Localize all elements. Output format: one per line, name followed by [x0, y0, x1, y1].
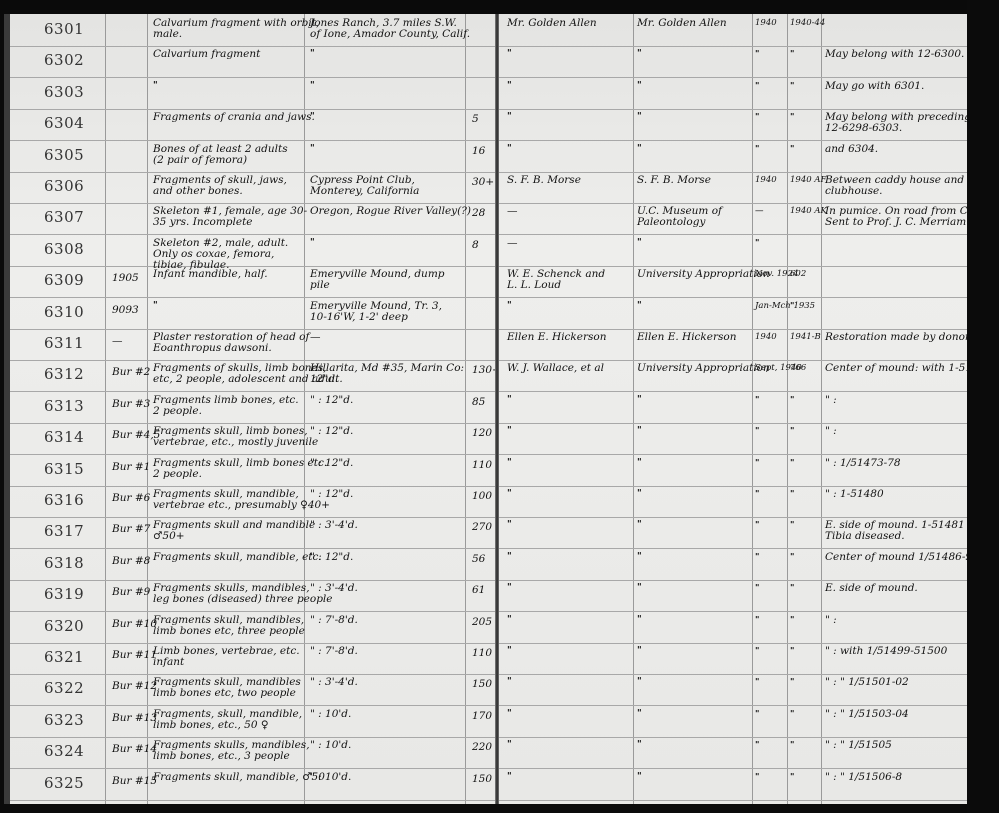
collector: W. J. Wallace, et al — [507, 363, 604, 374]
catalog-number: 6307 — [44, 208, 84, 226]
specimen-count: 16 — [472, 146, 485, 157]
ledger-row: " " " " " : " 1/51506-8 — [499, 770, 967, 801]
year: " — [755, 459, 759, 468]
ledger-row: 6302 Calvarium fragment " — [10, 47, 503, 78]
specimen-count: 8 — [472, 240, 479, 251]
donor: " — [637, 552, 642, 563]
ledger-row: " " " " " : " 1/51503-04 — [499, 707, 967, 738]
specimen-count: 120 — [472, 428, 492, 439]
accession-number: Bur #1 — [112, 462, 150, 473]
accession: 1940 AF — [790, 176, 826, 185]
locality: " : 12"d. — [310, 426, 353, 437]
accession: " — [790, 616, 794, 625]
ledger-row: " " " " " : — [499, 424, 967, 455]
collector: " — [507, 489, 512, 500]
ledger-row: " " " " " : — [499, 613, 967, 644]
accession: " — [790, 459, 794, 468]
remarks: May belong with 12-6300. — [825, 49, 964, 60]
remarks: " : " 1/51503-04 — [825, 709, 909, 720]
locality: Hillarita, Md #35, Marin Co:12"d. — [310, 363, 464, 385]
remarks: " : " 1/51506-8 — [825, 772, 902, 783]
accession-number: Bur #14 — [112, 744, 157, 755]
donor: University Appropriation — [637, 269, 770, 280]
specimen-description: Skeleton #2, male, adult.Only os coxae, … — [153, 238, 288, 271]
specimen-count: 170 — [472, 711, 492, 722]
donor: Ellen E. Hickerson — [637, 332, 737, 343]
ledger-row: S. F. B. Morse S. F. B. Morse 1940 1940 … — [499, 173, 967, 204]
remarks: " : — [825, 426, 837, 437]
collector: " — [507, 709, 512, 720]
accession: " — [790, 427, 794, 436]
ledger-row: 6307 Skeleton #1, female, age 30-35 yrs.… — [10, 204, 503, 235]
year: 1940 — [755, 19, 777, 28]
donor: Mr. Golden Allen — [637, 18, 727, 29]
remarks: May go with 6301. — [825, 81, 924, 92]
accession-number: Bur #10 — [112, 619, 157, 630]
locality: Emeryville Mound, Tr. 3,10-16'W, 1-2' de… — [310, 301, 442, 323]
ledger-row: 6308 Skeleton #2, male, adult.Only os co… — [10, 236, 503, 267]
collector: " — [507, 677, 512, 688]
collector: — — [507, 206, 518, 217]
catalog-number: 6311 — [44, 334, 84, 352]
donor: " — [637, 81, 642, 92]
collector: " — [507, 144, 512, 155]
ledger-row: 6314 Bur #4,5 Fragments skull, limb bone… — [10, 424, 503, 455]
catalog-number: 6324 — [44, 742, 84, 760]
donor: " — [637, 709, 642, 720]
collector: " — [507, 772, 512, 783]
year: 1940 — [755, 333, 777, 342]
ledger-row: 6301 Calvarium fragment with orbit,male.… — [10, 16, 503, 47]
specimen-description: Fragments limb bones, etc.2 people. — [153, 395, 299, 417]
ledger-row: 6316 Bur #6 Fragments skull, mandible,ve… — [10, 487, 503, 518]
ledger-row: W. J. Wallace, et al University Appropri… — [499, 361, 967, 392]
accession-number: 9093 — [112, 305, 139, 316]
accession: 602 — [790, 270, 806, 279]
collector: Ellen E. Hickerson — [507, 332, 607, 343]
specimen-description: Skeleton #1, female, age 30-35 yrs. Inco… — [153, 206, 307, 228]
ledger-row: 6319 Bur #9 Fragments skulls, mandibles,… — [10, 581, 503, 612]
catalog-number: 6323 — [44, 711, 84, 729]
catalog-number: 6325 — [44, 774, 84, 792]
donor: " — [637, 49, 642, 60]
collector: " — [507, 646, 512, 657]
remarks: May belong with preceding,12-6298-6303. — [825, 112, 974, 134]
accession: " — [790, 145, 794, 154]
accession: " — [790, 741, 794, 750]
donor: " — [637, 646, 642, 657]
specimen-description: Fragments skulls, mandibles,limb bones, … — [153, 740, 310, 762]
ledger-row: " " " " May go with 6301. — [499, 79, 967, 110]
ledger-row: " " " " and 6304. — [499, 142, 967, 173]
ledger-row: 6311 — Plaster restoration of head ofEoa… — [10, 330, 503, 361]
ledger-row: — " " — [499, 236, 967, 267]
specimen-count: 150 — [472, 774, 492, 785]
accession-number: Bur #6 — [112, 493, 150, 504]
ledger-row: W. E. Schenck andL. L. Loud University A… — [499, 267, 967, 298]
year: " — [755, 741, 759, 750]
specimen-description: Fragments of skull, jaws,and other bones… — [153, 175, 287, 197]
collector: " — [507, 520, 512, 531]
accession: 1941-B — [790, 333, 821, 342]
year: " — [755, 521, 759, 530]
accession: " — [790, 584, 794, 593]
accession: 1940 AK — [790, 207, 827, 216]
donor: " — [637, 772, 642, 783]
collector: " — [507, 301, 512, 312]
specimen-description: Bones of at least 2 adults(2 pair of fem… — [153, 144, 288, 166]
ledger-row: " " " " " : 1/51473-78 — [499, 456, 967, 487]
catalog-number: 6313 — [44, 397, 84, 415]
catalog-number: 6304 — [44, 114, 84, 132]
accession: 766 — [790, 364, 806, 373]
locality: " — [310, 81, 315, 92]
remarks: " : " 1/51505 — [825, 740, 892, 751]
accession-number: Bur #12 — [112, 681, 157, 692]
collector: " — [507, 112, 512, 123]
year: " — [755, 50, 759, 59]
specimen-count: 270 — [472, 522, 492, 533]
accession-number: Bur #7 — [112, 524, 150, 535]
locality: " : 12"d. — [310, 552, 353, 563]
locality: " — [310, 112, 315, 123]
locality: " : 10'd. — [310, 772, 351, 783]
specimen-description: Fragments skull, mandibles,limb bones et… — [153, 615, 305, 637]
ledger-row: — U.C. Museum ofPaleontology — 1940 AK I… — [499, 204, 967, 235]
donor: " — [637, 426, 642, 437]
locality: " : 12"d. — [310, 458, 353, 469]
locality: " — [310, 144, 315, 155]
accession-number: Bur #11 — [112, 650, 157, 661]
accession: " — [790, 710, 794, 719]
catalog-number: 6322 — [44, 679, 84, 697]
catalog-number: 6306 — [44, 177, 84, 195]
specimen-count: 205 — [472, 617, 492, 628]
catalog-number: 6303 — [44, 83, 84, 101]
locality: " — [310, 238, 315, 249]
locality: Jones Ranch, 3.7 miles S.W.of Ione, Amad… — [310, 18, 470, 40]
accession-number: — — [112, 336, 123, 347]
locality: " : 7'-8'd. — [310, 615, 358, 626]
donor: " — [637, 395, 642, 406]
collector: " — [507, 395, 512, 406]
accession-number: Bur #13 — [112, 713, 157, 724]
accession: " — [790, 521, 794, 530]
specimen-description: Fragments skull, mandibleslimb bones etc… — [153, 677, 301, 699]
year: " — [755, 710, 759, 719]
ledger-row: 6313 Bur #3 Fragments limb bones, etc.2 … — [10, 393, 503, 424]
catalog-number: 6319 — [44, 585, 84, 603]
year: " — [755, 113, 759, 122]
donor: U.C. Museum ofPaleontology — [637, 206, 722, 228]
catalog-number: 6321 — [44, 648, 84, 666]
ledger-row: " " " " May belong with preceding,12-629… — [499, 110, 967, 141]
ledger-row: " " " " Center of mound 1/51486-98 — [499, 550, 967, 581]
specimen-description: Calvarium fragment with orbit,male. — [153, 18, 319, 40]
locality: " : 7'-8'd. — [310, 646, 358, 657]
specimen-count: 100 — [472, 491, 492, 502]
catalog-number: 6302 — [44, 51, 84, 69]
specimen-description: Limb bones, vertebrae, etc.infant — [153, 646, 300, 668]
locality: " : 3'-4'd. — [310, 520, 358, 531]
specimen-count: 150 — [472, 679, 492, 690]
accession: 1940-44 — [790, 19, 825, 28]
catalog-number: 6305 — [44, 146, 84, 164]
year: — — [755, 207, 764, 216]
catalog-number: 6308 — [44, 240, 84, 258]
donor: " — [637, 520, 642, 531]
locality: " : 12"d. — [310, 489, 353, 500]
specimen-count: 110 — [472, 460, 492, 471]
specimen-description: Fragments skull, limb bones,vertebrae, e… — [153, 426, 318, 448]
year: " — [755, 647, 759, 656]
remarks: Between caddy house andclubhouse. — [825, 175, 964, 197]
locality: " : 3'-4'd. — [310, 583, 358, 594]
collector: " — [507, 552, 512, 563]
accession-number: Bur #2 — [112, 367, 150, 378]
ledger-row: 6321 Bur #11 Limb bones, vertebrae, etc.… — [10, 644, 503, 675]
specimen-count: 56 — [472, 554, 485, 565]
accession: " — [790, 50, 794, 59]
catalog-number: 6316 — [44, 491, 84, 509]
accession: " — [790, 396, 794, 405]
catalog-number: 6315 — [44, 460, 84, 478]
ledger-row: Ellen E. Hickerson Ellen E. Hickerson 19… — [499, 330, 967, 361]
remarks: " : 1-51480 — [825, 489, 884, 500]
specimen-description: Fragments skull, limb bones etc.2 people… — [153, 458, 327, 480]
accession-number: Bur #3 — [112, 399, 150, 410]
ledger-row: Mr. Golden Allen Mr. Golden Allen 1940 1… — [499, 16, 967, 47]
specimen-count: 30+ — [472, 177, 494, 188]
row-rule — [499, 800, 967, 801]
accession: " — [790, 647, 794, 656]
donor: " — [637, 740, 642, 751]
specimen-description: Fragments skull, mandible, etc. — [153, 552, 322, 563]
accession-number: Bur #9 — [112, 587, 150, 598]
accession: " — [790, 82, 794, 91]
ledger-row: " " " " " : " 1/51505 — [499, 738, 967, 769]
ledger-row: 6305 Bones of at least 2 adults(2 pair o… — [10, 142, 503, 173]
catalog-number: 6310 — [44, 303, 84, 321]
year: " — [755, 145, 759, 154]
year: " — [755, 396, 759, 405]
specimen-description: Calvarium fragment — [153, 49, 260, 60]
donor: " — [637, 112, 642, 123]
specimen-description: Fragments of crania and jaws. — [153, 112, 315, 123]
donor: " — [637, 677, 642, 688]
catalog-number: 6301 — [44, 20, 84, 38]
donor: " — [637, 301, 642, 312]
specimen-description: Fragments skull and mandible♂50+ — [153, 520, 315, 542]
specimen-description: Plaster restoration of head ofEoanthropu… — [153, 332, 309, 354]
collector: W. E. Schenck andL. L. Loud — [507, 269, 605, 291]
accession: " — [790, 490, 794, 499]
remarks: Restoration made by donor. — [825, 332, 972, 343]
collector: " — [507, 615, 512, 626]
locality: Cypress Point Club,Monterey, California — [310, 175, 419, 197]
ledger-left-page: 6301 Calvarium fragment with orbit,male.… — [4, 14, 503, 804]
year: " — [755, 616, 759, 625]
collector: " — [507, 49, 512, 60]
specimen-description: " — [153, 301, 158, 312]
year: " — [755, 239, 759, 248]
specimen-description: Fragments, skull, mandible,limb bones, e… — [153, 709, 302, 731]
specimen-description: Fragments skulls, mandibles,leg bones (d… — [153, 583, 333, 605]
year: " — [755, 82, 759, 91]
collector: S. F. B. Morse — [507, 175, 581, 186]
accession-number: Bur #15 — [112, 776, 157, 787]
year: " — [755, 584, 759, 593]
ledger-row: 6312 Bur #2 Fragments of skulls, limb bo… — [10, 361, 503, 392]
remarks: " : — [825, 615, 837, 626]
remarks: " : 1/51473-78 — [825, 458, 901, 469]
specimen-description: Infant mandible, half. — [153, 269, 268, 280]
ledger-row: " " " " May belong with 12-6300. — [499, 47, 967, 78]
donor: S. F. B. Morse — [637, 175, 711, 186]
accession: " — [790, 113, 794, 122]
remarks: " : with 1/51499-51500 — [825, 646, 947, 657]
ledger-row: 6325 Bur #15 Fragments skull, mandible, … — [10, 770, 503, 801]
ledger-row: 6304 Fragments of crania and jaws. " 5 — [10, 110, 503, 141]
ledger-row: 6324 Bur #14 Fragments skulls, mandibles… — [10, 738, 503, 769]
ledger-row: " " " " " : 1-51480 — [499, 487, 967, 518]
ledger-row: 6322 Bur #12 Fragments skull, mandiblesl… — [10, 675, 503, 706]
ledger-row: " " " " " : " 1/51501-02 — [499, 675, 967, 706]
remarks: and 6304. — [825, 144, 878, 155]
locality: " : 3'-4'd. — [310, 677, 358, 688]
collector: — — [507, 238, 518, 249]
catalog-number: 6314 — [44, 428, 84, 446]
year: 1940 — [755, 176, 777, 185]
remarks: " : " 1/51501-02 — [825, 677, 909, 688]
catalog-number: 6318 — [44, 554, 84, 572]
collector: " — [507, 583, 512, 594]
ledger-row: 6315 Bur #1 Fragments skull, limb bones … — [10, 456, 503, 487]
collector: Mr. Golden Allen — [507, 18, 597, 29]
specimen-count: 220 — [472, 742, 492, 753]
accession-number: 1905 — [112, 273, 139, 284]
year: " — [755, 427, 759, 436]
accession: " — [790, 773, 794, 782]
donor: " — [637, 615, 642, 626]
year: " — [755, 773, 759, 782]
year: Jan-Mch 1935 — [755, 302, 815, 311]
ledger-row: " " " " E. side of mound. — [499, 581, 967, 612]
accession: " — [790, 302, 794, 311]
accession: " — [790, 678, 794, 687]
ledger-row: 6320 Bur #10 Fragments skull, mandibles,… — [10, 613, 503, 644]
specimen-count: 110 — [472, 648, 492, 659]
ledger-row: 6303 " " — [10, 79, 503, 110]
year: " — [755, 678, 759, 687]
locality: — — [310, 332, 321, 343]
ledger-row: 6318 Bur #8 Fragments skull, mandible, e… — [10, 550, 503, 581]
donor: University Appropriation — [637, 363, 770, 374]
ledger-row: 6317 Bur #7 Fragments skull and mandible… — [10, 518, 503, 549]
specimen-description: Fragments skull, mandible,vertebrae etc.… — [153, 489, 330, 511]
collector: " — [507, 81, 512, 92]
book-edge — [967, 0, 999, 813]
ledger-right-page: Mr. Golden Allen Mr. Golden Allen 1940 1… — [499, 14, 969, 804]
donor: " — [637, 238, 642, 249]
row-rule — [10, 800, 503, 801]
locality: Oregon, Rogue River Valley(?) — [310, 206, 471, 217]
ledger-row: " " " " " : — [499, 393, 967, 424]
donor: " — [637, 583, 642, 594]
locality: " : 12"d. — [310, 395, 353, 406]
specimen-count: 5 — [472, 114, 479, 125]
specimen-description: " — [153, 81, 158, 92]
year: " — [755, 553, 759, 562]
specimen-count: 85 — [472, 397, 485, 408]
collector: " — [507, 740, 512, 751]
collector: " — [507, 426, 512, 437]
donor: " — [637, 489, 642, 500]
remarks: Center of mound 1/51486-98 — [825, 552, 979, 563]
locality: " : 10'd. — [310, 709, 351, 720]
specimen-description: Fragments skull, mandible, ♂50 — [153, 772, 325, 783]
ledger-row: " " " " E. side of mound. 1-51481 to 85T… — [499, 518, 967, 549]
locality: " : 10'd. — [310, 740, 351, 751]
donor: " — [637, 144, 642, 155]
specimen-count: 61 — [472, 585, 485, 596]
catalog-number: 6320 — [44, 617, 84, 635]
ledger-row: 6323 Bur #13 Fragments, skull, mandible,… — [10, 707, 503, 738]
ledger-row: 6310 9093 " Emeryville Mound, Tr. 3,10-1… — [10, 299, 503, 330]
catalog-number: 6317 — [44, 522, 84, 540]
ledger-row: " " " " " : with 1/51499-51500 — [499, 644, 967, 675]
accession-number: Bur #8 — [112, 556, 150, 567]
ledger-row: 6306 Fragments of skull, jaws,and other … — [10, 173, 503, 204]
ledger-row: 6309 1905 Infant mandible, half. Emeryvi… — [10, 267, 503, 298]
specimen-count: 28 — [472, 208, 485, 219]
catalog-number: 6309 — [44, 271, 84, 289]
remarks: " : — [825, 395, 837, 406]
accession: " — [790, 553, 794, 562]
year: " — [755, 490, 759, 499]
collector: " — [507, 458, 512, 469]
donor: " — [637, 458, 642, 469]
remarks: E. side of mound. — [825, 583, 918, 594]
locality: " — [310, 49, 315, 60]
catalog-number: 6312 — [44, 365, 84, 383]
ledger-row: " " Jan-Mch 1935 " — [499, 299, 967, 330]
locality: Emeryville Mound, dumppile — [310, 269, 445, 291]
